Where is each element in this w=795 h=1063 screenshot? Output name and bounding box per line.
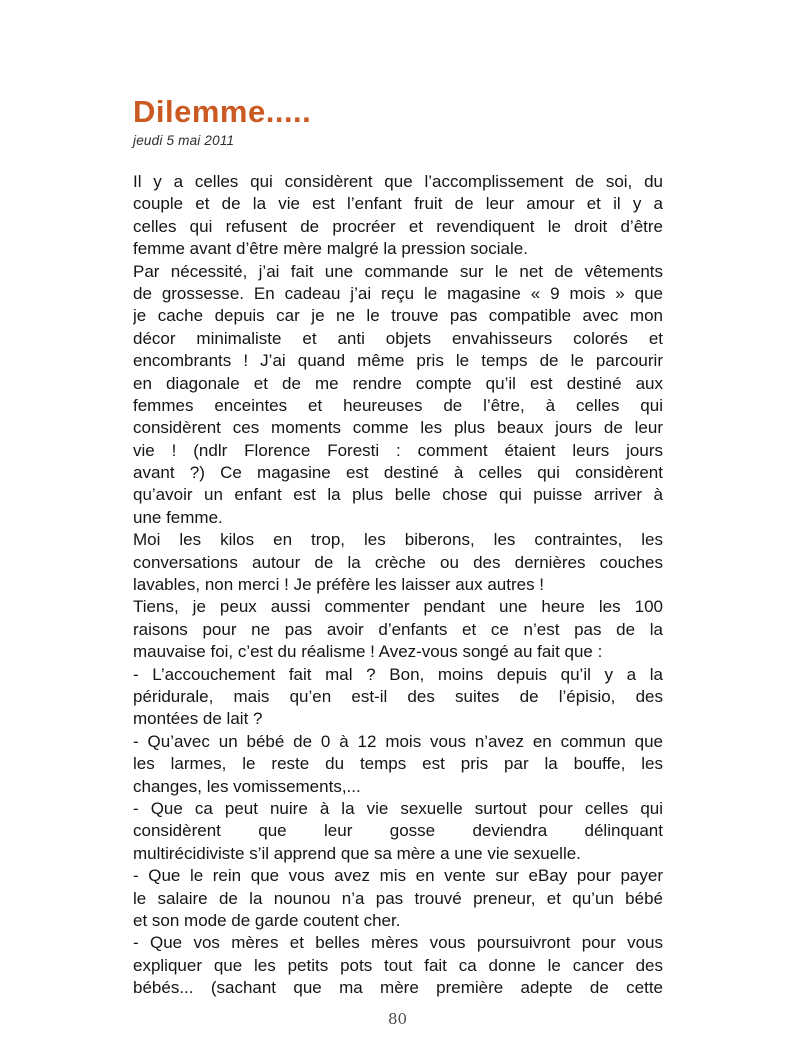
text-line: - Que vos mères et belles mères vous pou… — [133, 932, 663, 954]
text-line: multirécidiviste s’il apprend que sa mèr… — [133, 843, 663, 865]
text-line: raisons pour ne pas avoir d’enfants et c… — [133, 619, 663, 641]
text-line: avant ?) Ce magasine est destiné à celle… — [133, 462, 663, 484]
paragraph: - L’accouchement fait mal ? Bon, moins d… — [133, 664, 663, 731]
text-line: - Que ca peut nuire à la vie sexuelle su… — [133, 798, 663, 820]
text-line: décor minimaliste et anti objets envahis… — [133, 328, 663, 350]
text-line: - Qu’avec un bébé de 0 à 12 mois vous n’… — [133, 731, 663, 753]
text-line: expliquer que les petits pots tout fait … — [133, 955, 663, 977]
text-line: Tiens, je peux aussi commenter pendant u… — [133, 596, 663, 618]
text-line: les larmes, le reste du temps est pris p… — [133, 753, 663, 775]
paragraph: - Que le rein que vous avez mis en vente… — [133, 865, 663, 932]
text-line: et son mode de garde coutent cher. — [133, 910, 663, 932]
text-line: une femme. — [133, 507, 663, 529]
paragraph: Tiens, je peux aussi commenter pendant u… — [133, 596, 663, 663]
text-line: femme avant d’être mère malgré la pressi… — [133, 238, 663, 260]
text-line: le salaire de la nounou n’a pas trouvé p… — [133, 888, 663, 910]
paragraph: - Que vos mères et belles mères vous pou… — [133, 932, 663, 999]
paragraph: Moi les kilos en trop, les biberons, les… — [133, 529, 663, 596]
text-line: encombrants ! J’ai quand même pris le te… — [133, 350, 663, 372]
text-line: Par nécessité, j’ai fait une commande su… — [133, 261, 663, 283]
text-line: conversations autour de la crèche ou des… — [133, 552, 663, 574]
post-date: jeudi 5 mai 2011 — [133, 133, 663, 148]
text-line: femmes enceintes et heureuses de l’être,… — [133, 395, 663, 417]
text-line: bébés... (sachant que ma mère première a… — [133, 977, 663, 999]
text-line: couple et de la vie est l’enfant fruit d… — [133, 193, 663, 215]
text-line: celles qui refusent de procréer et reven… — [133, 216, 663, 238]
text-line: - L’accouchement fait mal ? Bon, moins d… — [133, 664, 663, 686]
text-line: qu’avoir un enfant est la plus belle cho… — [133, 484, 663, 506]
paragraph: - Que ca peut nuire à la vie sexuelle su… — [133, 798, 663, 865]
paragraph: - Qu’avec un bébé de 0 à 12 mois vous n’… — [133, 731, 663, 798]
page-title: Dilemme..... — [133, 95, 663, 129]
paragraph: Par nécessité, j’ai fait une commande su… — [133, 261, 663, 530]
text-line: considèrent ces moments comme les plus b… — [133, 417, 663, 439]
text-line: Moi les kilos en trop, les biberons, les… — [133, 529, 663, 551]
text-line: lavables, non merci ! Je préfère les lai… — [133, 574, 663, 596]
text-line: de grossesse. En cadeau j’ai reçu le mag… — [133, 283, 663, 305]
text-line: vie ! (ndlr Florence Foresti : comment é… — [133, 440, 663, 462]
text-line: je cache depuis car je ne le trouve pas … — [133, 305, 663, 327]
article-body: Il y a celles qui considèrent que l’acco… — [133, 171, 663, 999]
page-number: 80 — [0, 1010, 795, 1028]
text-line: péridurale, mais qu’en est-il des suites… — [133, 686, 663, 708]
paragraph: Il y a celles qui considèrent que l’acco… — [133, 171, 663, 261]
text-line: en diagonale et de me rendre compte qu’i… — [133, 373, 663, 395]
document-page: Dilemme..... jeudi 5 mai 2011 Il y a cel… — [0, 0, 795, 1063]
text-line: montées de lait ? — [133, 708, 663, 730]
text-line: - Que le rein que vous avez mis en vente… — [133, 865, 663, 887]
text-line: mauvaise foi, c’est du réalisme ! Avez-v… — [133, 641, 663, 663]
text-line: Il y a celles qui considèrent que l’acco… — [133, 171, 663, 193]
text-line: considèrent que leur gosse deviendra dél… — [133, 820, 663, 842]
page-content: Dilemme..... jeudi 5 mai 2011 Il y a cel… — [133, 95, 663, 999]
text-line: changes, les vomissements,... — [133, 776, 663, 798]
